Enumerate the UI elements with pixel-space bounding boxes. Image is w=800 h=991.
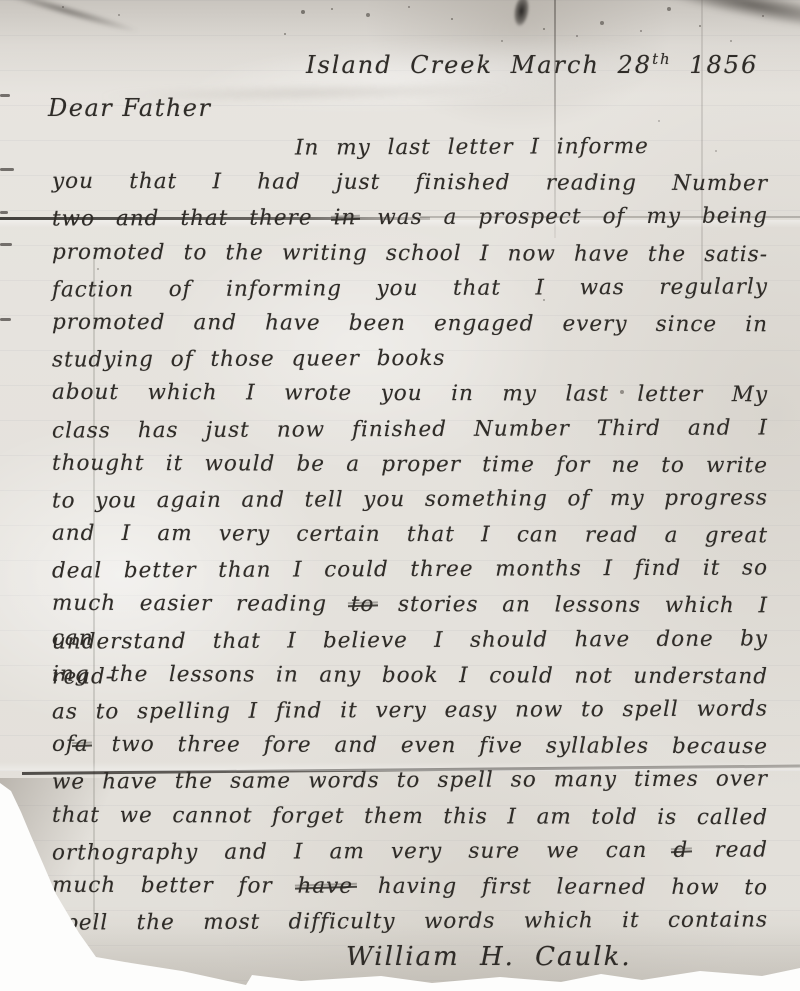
signature: William H. Caulk. (346, 942, 632, 972)
body-line: to you again and tell you something of m… (52, 480, 768, 518)
left-edge-mark (0, 94, 10, 97)
body-line: understand that I believe I should have … (52, 621, 768, 659)
letter-paper: Island Creek March 28th 1856 Dear Father… (0, 0, 800, 991)
body-line: faction of informing you that I was regu… (52, 269, 768, 307)
left-edge-mark (0, 318, 11, 321)
body-line: In my last letter I informe (52, 128, 768, 166)
top-left-crease (0, 0, 141, 36)
body-line: about which I wrote you in my last lette… (52, 375, 768, 413)
left-edge-mark (0, 211, 8, 214)
body-line: spell the most difficulty words which it… (52, 903, 768, 941)
scanned-letter-page: Island Creek March 28th 1856 Dear Father… (0, 0, 800, 991)
body-line: promoted and have been engaged every sin… (52, 305, 768, 343)
body-line: thought it would be a proper time for ne… (52, 445, 768, 483)
dateline: Island Creek March 28th 1856 (306, 50, 758, 79)
body-line: studying of those queer books (52, 340, 768, 378)
body-line: much better for have having first learne… (52, 868, 768, 906)
top-right-crease (636, 0, 800, 40)
body-line: much easier reading to stories an lesson… (52, 586, 768, 624)
ink-speckles (0, 0, 2, 2)
body-line: as to spelling I find it very easy now t… (52, 691, 768, 729)
body-line: orthography and I am very sure we can d … (52, 832, 768, 870)
ink-blot (512, 0, 532, 28)
body-line: promoted to the writing school I now hav… (52, 234, 768, 272)
body-line: that we cannot forget them this I am tol… (52, 797, 768, 835)
left-edge-mark (0, 243, 12, 246)
body-line: ofa two three fore and even five syllabl… (52, 727, 768, 765)
body-line: and I am very certain that I can read a … (52, 516, 768, 554)
letter-body: In my last letter I informe you that I h… (52, 130, 768, 939)
body-line: two and that there in was a prospect of … (52, 199, 768, 237)
body-line: class has just now finished Number Third… (52, 410, 768, 448)
body-line: deal better than I could three months I … (52, 551, 768, 589)
body-line: ing the lessons in any book I could not … (52, 657, 768, 695)
body-line: we have the same words to spell so many … (52, 762, 768, 800)
salutation: Dear Father (48, 94, 211, 122)
left-edge-mark (0, 168, 14, 171)
body-line: you that I had just finished reading Num… (52, 164, 768, 202)
